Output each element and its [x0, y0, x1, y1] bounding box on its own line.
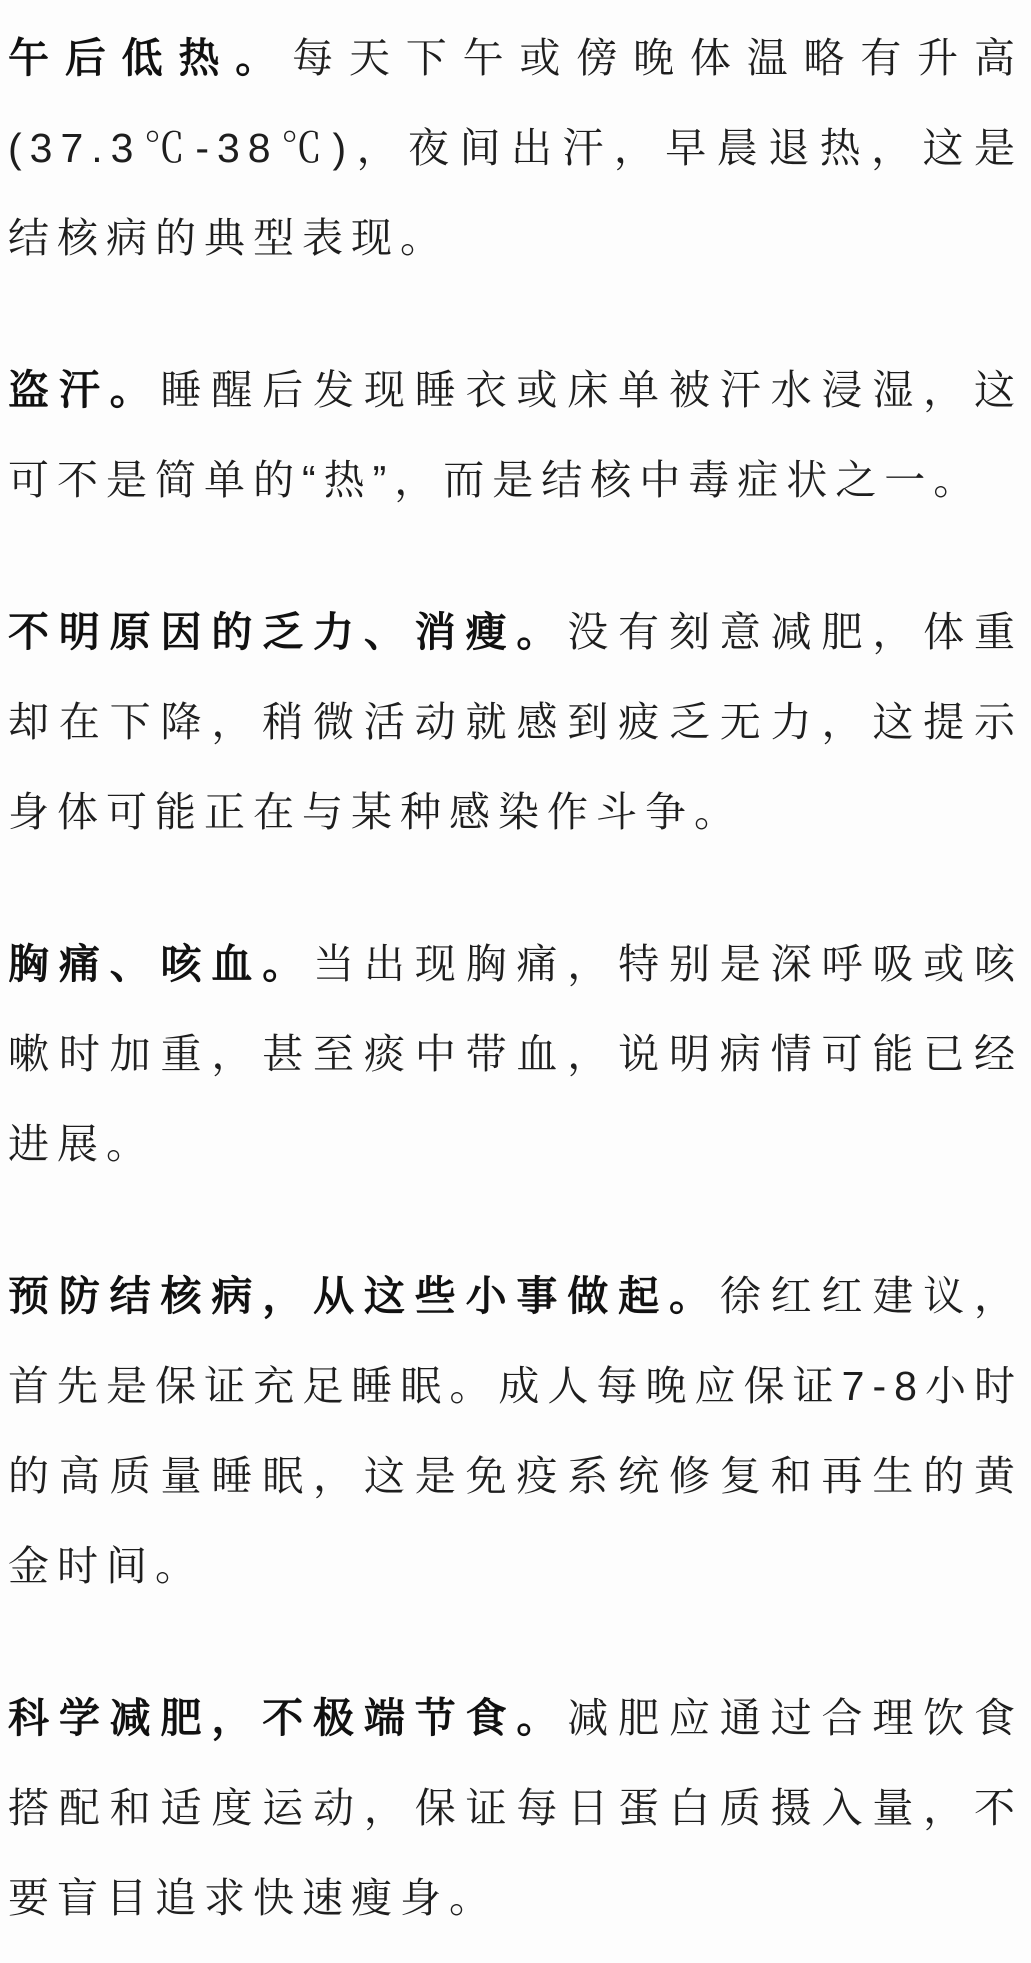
paragraph-body: 睡醒后发现睡衣或床单被汗水浸湿，这可不是简单的“热”，而是结核中毒症状之一。	[8, 367, 1023, 503]
paragraph-lead: 科学减肥，不极端节食。	[8, 1695, 567, 1741]
paragraph-lead: 不明原因的乏力、消瘦。	[8, 609, 567, 655]
paragraph-fatigue-weight-loss: 不明原因的乏力、消瘦。没有刻意减肥，体重却在下降，稍微活动就感到疲乏无力，这提示…	[8, 587, 1023, 857]
paragraph-lead: 盗汗。	[8, 367, 161, 413]
paragraph-prevention-sleep: 预防结核病，从这些小事做起。徐红红建议，首先是保证充足睡眠。成人每晚应保证7-8…	[8, 1251, 1023, 1611]
paragraph-night-sweats: 盗汗。睡醒后发现睡衣或床单被汗水浸湿，这可不是简单的“热”，而是结核中毒症状之一…	[8, 345, 1023, 525]
paragraph-body: 徐红红建议，首先是保证充足睡眠。成人每晚应保证7-8小时的高质量睡眠，这是免疫系…	[8, 1273, 1023, 1589]
paragraph-lead: 预防结核病，从这些小事做起。	[8, 1273, 720, 1319]
paragraph-chest-pain-hemoptysis: 胸痛、咳血。当出现胸痛，特别是深呼吸或咳嗽时加重，甚至痰中带血，说明病情可能已经…	[8, 919, 1023, 1189]
paragraph-lead: 午后低热。	[8, 35, 292, 81]
article-body: 午后低热。每天下午或傍晚体温略有升高(37.3℃-38℃)，夜间出汗，早晨退热，…	[0, 0, 1031, 1963]
paragraph-scientific-weight-loss: 科学减肥，不极端节食。减肥应通过合理饮食搭配和适度运动，保证每日蛋白质摄入量，不…	[8, 1673, 1023, 1943]
paragraph-afternoon-fever: 午后低热。每天下午或傍晚体温略有升高(37.3℃-38℃)，夜间出汗，早晨退热，…	[8, 13, 1023, 283]
paragraph-lead: 胸痛、咳血。	[8, 941, 313, 987]
